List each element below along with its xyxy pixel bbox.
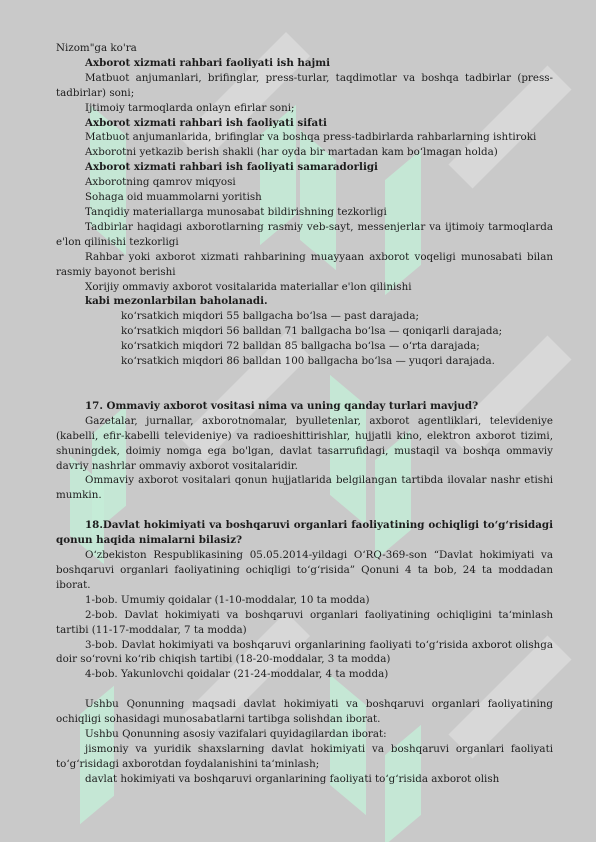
section-heading: kabi mezonlarbilan baholanadi. (56, 294, 553, 309)
paragraph: Ushbu Qonunning maqsadi davlat hokimiyat… (56, 697, 553, 727)
paragraph: Ommaviy axborot vositalari qonun hujjatl… (56, 473, 553, 503)
section-heading: Axborot xizmati rahbari faoliyati ish ha… (56, 56, 553, 71)
paragraph-spacer (56, 682, 553, 697)
paragraph: Tanqidiy materiallarga munosabat bildiri… (56, 205, 553, 220)
paragraph: Gazetalar, jurnallar, axborotnomalar, by… (56, 414, 553, 474)
paragraph-spacer (56, 503, 553, 518)
paragraph: 4-bob. Yakunlovchi qoidalar (21-24-modda… (56, 667, 553, 682)
paragraph: O‘zbekiston Respublikasining 05.05.2014-… (56, 548, 553, 593)
paragraph: Matbuot anjumanlarida, brifinglar va bos… (56, 130, 553, 145)
paragraph: Matbuot anjumanlari, brifinglar, press-t… (56, 71, 553, 101)
paragraph: 1-bob. Umumiy qoidalar (1-10-moddalar, 1… (56, 593, 553, 608)
score-criteria-item: ko‘rsatkich miqdori 86 balldan 100 ballg… (56, 354, 553, 369)
paragraph: jismoniy va yuridik shaxslarning davlat … (56, 742, 553, 772)
section-heading: 18.Davlat hokimiyati va boshqaruvi organ… (56, 518, 553, 548)
score-criteria-item: ko‘rsatkich miqdori 72 balldan 85 ballga… (56, 339, 553, 354)
paragraph: 3-bob. Davlat hokimiyati va boshqaruvi o… (56, 638, 553, 668)
document-page: Nizom"ga ko'raAxborot xizmati rahbari fa… (56, 41, 553, 787)
paragraph: 2-bob. Davlat hokimiyati va boshqaruvi o… (56, 608, 553, 638)
paragraph-continuation: Nizom"ga ko'ra (56, 41, 553, 56)
paragraph: Ushbu Qonunning asosiy vazifalari quyida… (56, 727, 553, 742)
score-criteria-item: ko‘rsatkich miqdori 56 balldan 71 ballga… (56, 324, 553, 339)
paragraph: Rahbar yoki axborot xizmati rahbarining … (56, 250, 553, 280)
paragraph: Xorijiy ommaviy axborot vositalarida mat… (56, 280, 553, 295)
paragraph: Sohaga oid muammolarni yoritish (56, 190, 553, 205)
paragraph-spacer (56, 369, 553, 399)
paragraph: Axborotning qamrov miqyosi (56, 175, 553, 190)
score-criteria-item: ko‘rsatkich miqdori 55 ballgacha bo‘lsa … (56, 309, 553, 324)
paragraph: Tadbirlar haqidagi axborotlarning rasmiy… (56, 220, 553, 250)
paragraph: Ijtimoiy tarmoqlarda onlayn efirlar soni… (56, 101, 553, 116)
section-heading: Axborot xizmati rahbari ish faoliyati sa… (56, 160, 553, 175)
section-heading: Axborot xizmati rahbari ish faoliyati si… (56, 116, 553, 131)
section-heading: 17. Ommaviy axborot vositasi nima va uni… (56, 399, 553, 414)
paragraph: davlat hokimiyati va boshqaruvi organlar… (56, 772, 553, 787)
paragraph: Axborotni yetkazib berish shakli (har oy… (56, 145, 553, 160)
